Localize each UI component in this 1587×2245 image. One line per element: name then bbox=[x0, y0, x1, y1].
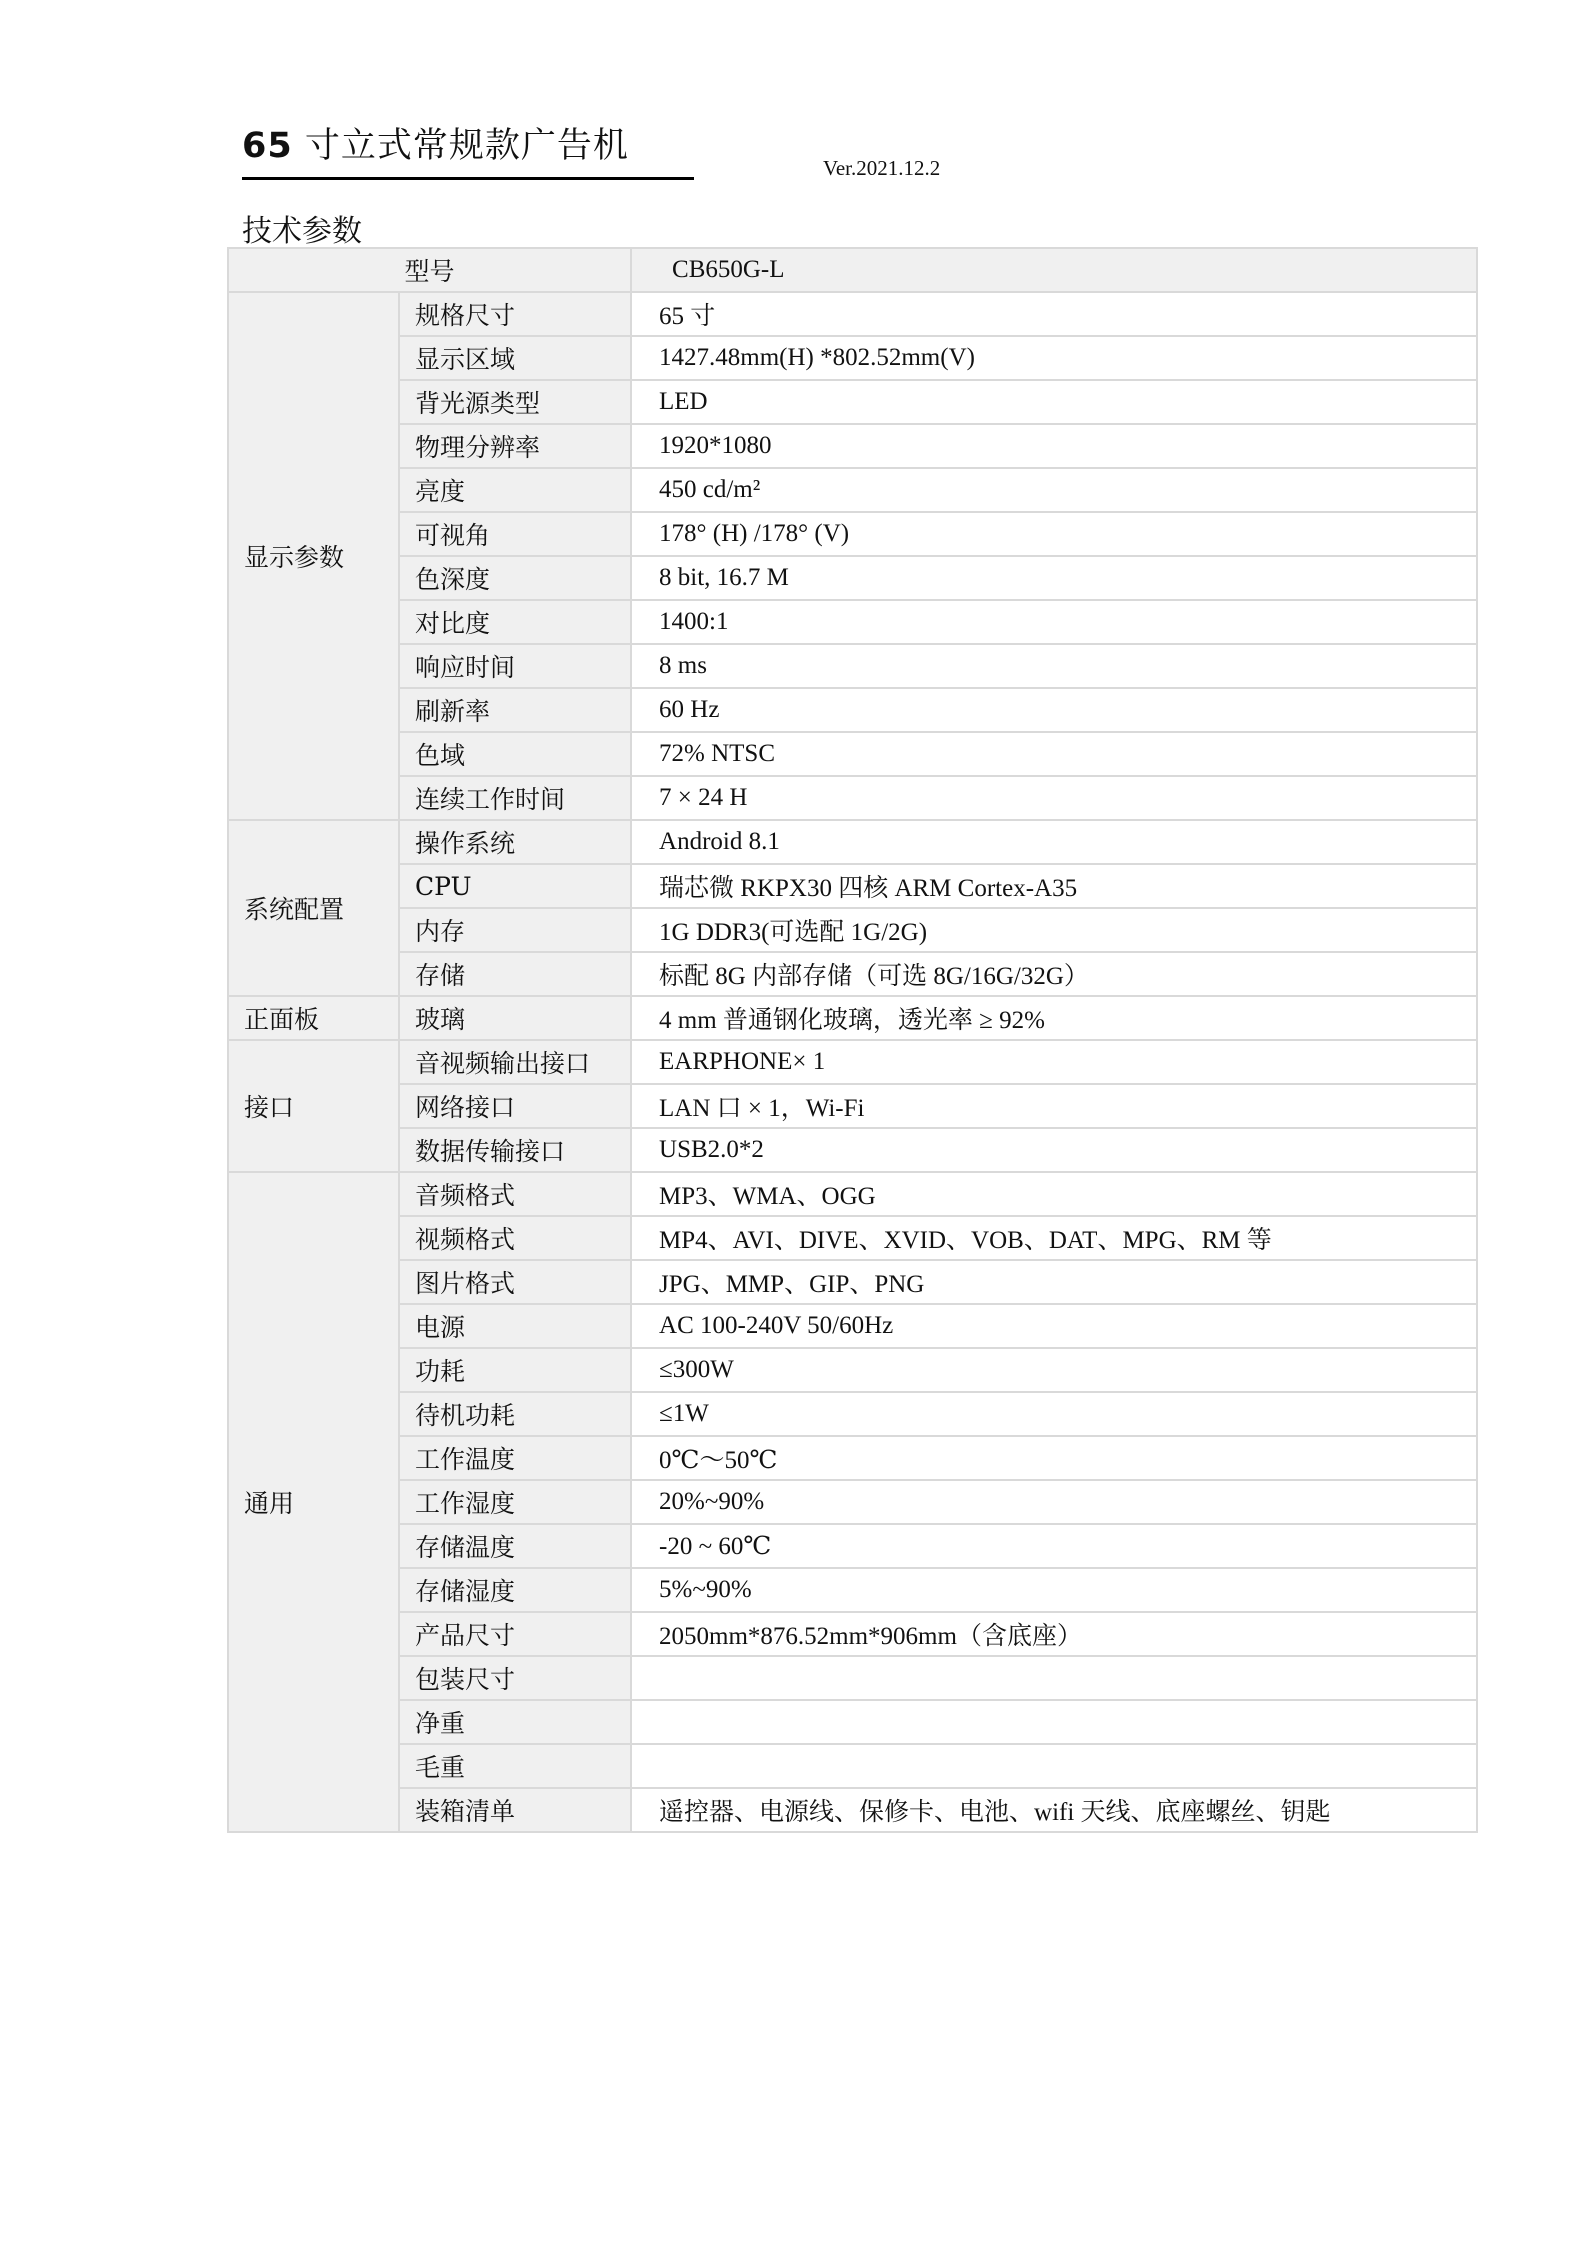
spec-table: 型号 CB650G-L 显示参数规格尺寸65 寸显示区域1427.48mm(H)… bbox=[227, 247, 1478, 1833]
spec-value: Android 8.1 bbox=[631, 820, 1477, 864]
spec-key: 装箱清单 bbox=[399, 1788, 631, 1832]
table-row: 存储温度-20 ~ 60℃ bbox=[228, 1524, 1477, 1568]
table-row: 存储 标配 8G 内部存储（可选 8G/16G/32G） bbox=[228, 952, 1477, 996]
spec-value: 瑞芯微 RKPX30 四核 ARM Cortex-A35 bbox=[631, 864, 1477, 908]
spec-key: 工作湿度 bbox=[399, 1480, 631, 1524]
spec-value bbox=[631, 1656, 1477, 1700]
spec-key: 对比度 bbox=[399, 600, 631, 644]
spec-value: 遥控器、电源线、保修卡、电池、wifi 天线、底座螺丝、钥匙 bbox=[631, 1788, 1477, 1832]
spec-value: 60 Hz bbox=[631, 688, 1477, 732]
spec-value: USB2.0*2 bbox=[631, 1128, 1477, 1172]
table-row: 显示参数规格尺寸65 寸 bbox=[228, 292, 1477, 336]
spec-key: 包装尺寸 bbox=[399, 1656, 631, 1700]
table-row: CPU瑞芯微 RKPX30 四核 ARM Cortex-A35 bbox=[228, 864, 1477, 908]
table-row: 背光源类型LED bbox=[228, 380, 1477, 424]
table-row: 待机功耗≤1W bbox=[228, 1392, 1477, 1436]
spec-key: 色深度 bbox=[399, 556, 631, 600]
spec-value: 450 cd/m² bbox=[631, 468, 1477, 512]
spec-key: 显示区域 bbox=[399, 336, 631, 380]
spec-key: 连续工作时间 bbox=[399, 776, 631, 820]
spec-key: 刷新率 bbox=[399, 688, 631, 732]
table-row: 显示区域1427.48mm(H) *802.52mm(V) bbox=[228, 336, 1477, 380]
category-cell: 系统配置 bbox=[228, 820, 399, 996]
table-row: 装箱清单遥控器、电源线、保修卡、电池、wifi 天线、底座螺丝、钥匙 bbox=[228, 1788, 1477, 1832]
spec-key: 音频格式 bbox=[399, 1172, 631, 1216]
spec-key: 音视频输出接口 bbox=[399, 1040, 631, 1084]
spec-key: 净重 bbox=[399, 1700, 631, 1744]
table-row: 通用音频格式MP3、WMA、OGG bbox=[228, 1172, 1477, 1216]
table-row: 色域72% NTSC bbox=[228, 732, 1477, 776]
table-row: 毛重 bbox=[228, 1744, 1477, 1788]
version-label: Ver.2021.12.2 bbox=[823, 156, 940, 181]
spec-value: 1427.48mm(H) *802.52mm(V) bbox=[631, 336, 1477, 380]
spec-key: 存储 bbox=[399, 952, 631, 996]
spec-value bbox=[631, 1744, 1477, 1788]
spec-key: 物理分辨率 bbox=[399, 424, 631, 468]
spec-key: 待机功耗 bbox=[399, 1392, 631, 1436]
table-row: 网络接口LAN 口 × 1，Wi-Fi bbox=[228, 1084, 1477, 1128]
spec-value: 8 bit, 16.7 M bbox=[631, 556, 1477, 600]
table-row: 存储湿度5%~90% bbox=[228, 1568, 1477, 1612]
spec-key: 图片格式 bbox=[399, 1260, 631, 1304]
category-cell: 正面板 bbox=[228, 996, 399, 1040]
spec-value: 4 mm 普通钢化玻璃，透光率 ≥ 92% bbox=[631, 996, 1477, 1040]
spec-value bbox=[631, 1700, 1477, 1744]
table-row: 正面板玻璃4 mm 普通钢化玻璃，透光率 ≥ 92% bbox=[228, 996, 1477, 1040]
spec-value: 178° (H) /178° (V) bbox=[631, 512, 1477, 556]
model-value: CB650G-L bbox=[631, 248, 1477, 292]
model-label: 型号 bbox=[228, 248, 631, 292]
table-row: 刷新率60 Hz bbox=[228, 688, 1477, 732]
spec-value: MP3、WMA、OGG bbox=[631, 1172, 1477, 1216]
spec-value: 5%~90% bbox=[631, 1568, 1477, 1612]
spec-value: LAN 口 × 1，Wi-Fi bbox=[631, 1084, 1477, 1128]
table-row: 包装尺寸 bbox=[228, 1656, 1477, 1700]
spec-value: LED bbox=[631, 380, 1477, 424]
spec-value: 65 寸 bbox=[631, 292, 1477, 336]
spec-key: CPU bbox=[399, 864, 631, 908]
table-row: 产品尺寸2050mm*876.52mm*906mm（含底座） bbox=[228, 1612, 1477, 1656]
table-row: 对比度1400:1 bbox=[228, 600, 1477, 644]
section-title: 技术参数 bbox=[242, 206, 362, 250]
title-number: 65 bbox=[242, 126, 293, 166]
spec-key: 可视角 bbox=[399, 512, 631, 556]
spec-value: 72% NTSC bbox=[631, 732, 1477, 776]
spec-value: ≤300W bbox=[631, 1348, 1477, 1392]
title-underline bbox=[242, 177, 694, 180]
spec-value: AC 100-240V 50/60Hz bbox=[631, 1304, 1477, 1348]
spec-value: 1G DDR3(可选配 1G/2G) bbox=[631, 908, 1477, 952]
spec-value: JPG、MMP、GIP、PNG bbox=[631, 1260, 1477, 1304]
table-row: 净重 bbox=[228, 1700, 1477, 1744]
spec-value: 7 × 24 H bbox=[631, 776, 1477, 820]
table-row: 响应时间8 ms bbox=[228, 644, 1477, 688]
table-row: 系统配置操作系统Android 8.1 bbox=[228, 820, 1477, 864]
spec-value: 0℃～50℃ bbox=[631, 1436, 1477, 1480]
spec-value: 20%~90% bbox=[631, 1480, 1477, 1524]
spec-key: 亮度 bbox=[399, 468, 631, 512]
spec-key: 存储湿度 bbox=[399, 1568, 631, 1612]
spec-value: 2050mm*876.52mm*906mm（含底座） bbox=[631, 1612, 1477, 1656]
spec-value: MP4、AVI、DIVE、XVID、VOB、DAT、MPG、RM 等 bbox=[631, 1216, 1477, 1260]
spec-value: 1920*1080 bbox=[631, 424, 1477, 468]
spec-key: 数据传输接口 bbox=[399, 1128, 631, 1172]
table-row: 工作湿度20%~90% bbox=[228, 1480, 1477, 1524]
table-row: 亮度450 cd/m² bbox=[228, 468, 1477, 512]
table-row: 接口音视频输出接口EARPHONE× 1 bbox=[228, 1040, 1477, 1084]
spec-value: EARPHONE× 1 bbox=[631, 1040, 1477, 1084]
page-title: 65 寸立式常规款广告机 bbox=[242, 118, 629, 168]
category-cell: 通用 bbox=[228, 1172, 399, 1832]
spec-key: 玻璃 bbox=[399, 996, 631, 1040]
spec-value: 8 ms bbox=[631, 644, 1477, 688]
spec-key: 内存 bbox=[399, 908, 631, 952]
table-row: 内存1G DDR3(可选配 1G/2G) bbox=[228, 908, 1477, 952]
spec-key: 工作温度 bbox=[399, 1436, 631, 1480]
spec-key: 响应时间 bbox=[399, 644, 631, 688]
spec-key: 存储温度 bbox=[399, 1524, 631, 1568]
spec-value: ≤1W bbox=[631, 1392, 1477, 1436]
table-row: 连续工作时间7 × 24 H bbox=[228, 776, 1477, 820]
title-text: 寸立式常规款广告机 bbox=[293, 126, 629, 166]
spec-key: 功耗 bbox=[399, 1348, 631, 1392]
spec-key: 产品尺寸 bbox=[399, 1612, 631, 1656]
table-row: 可视角178° (H) /178° (V) bbox=[228, 512, 1477, 556]
spec-key: 规格尺寸 bbox=[399, 292, 631, 336]
spec-value: 1400:1 bbox=[631, 600, 1477, 644]
spec-value: 标配 8G 内部存储（可选 8G/16G/32G） bbox=[631, 952, 1477, 996]
table-row: 视频格式MP4、AVI、DIVE、XVID、VOB、DAT、MPG、RM 等 bbox=[228, 1216, 1477, 1260]
table-row: 物理分辨率1920*1080 bbox=[228, 424, 1477, 468]
spec-key: 操作系统 bbox=[399, 820, 631, 864]
table-row: 电源AC 100-240V 50/60Hz bbox=[228, 1304, 1477, 1348]
spec-key: 背光源类型 bbox=[399, 380, 631, 424]
spec-key: 网络接口 bbox=[399, 1084, 631, 1128]
spec-key: 毛重 bbox=[399, 1744, 631, 1788]
spec-value: -20 ~ 60℃ bbox=[631, 1524, 1477, 1568]
category-cell: 接口 bbox=[228, 1040, 399, 1172]
table-row: 数据传输接口USB2.0*2 bbox=[228, 1128, 1477, 1172]
table-row: 工作温度0℃～50℃ bbox=[228, 1436, 1477, 1480]
category-cell: 显示参数 bbox=[228, 292, 399, 820]
table-header-row: 型号 CB650G-L bbox=[228, 248, 1477, 292]
spec-key: 色域 bbox=[399, 732, 631, 776]
table-row: 功耗≤300W bbox=[228, 1348, 1477, 1392]
table-row: 色深度8 bit, 16.7 M bbox=[228, 556, 1477, 600]
spec-key: 电源 bbox=[399, 1304, 631, 1348]
table-row: 图片格式JPG、MMP、GIP、PNG bbox=[228, 1260, 1477, 1304]
spec-key: 视频格式 bbox=[399, 1216, 631, 1260]
